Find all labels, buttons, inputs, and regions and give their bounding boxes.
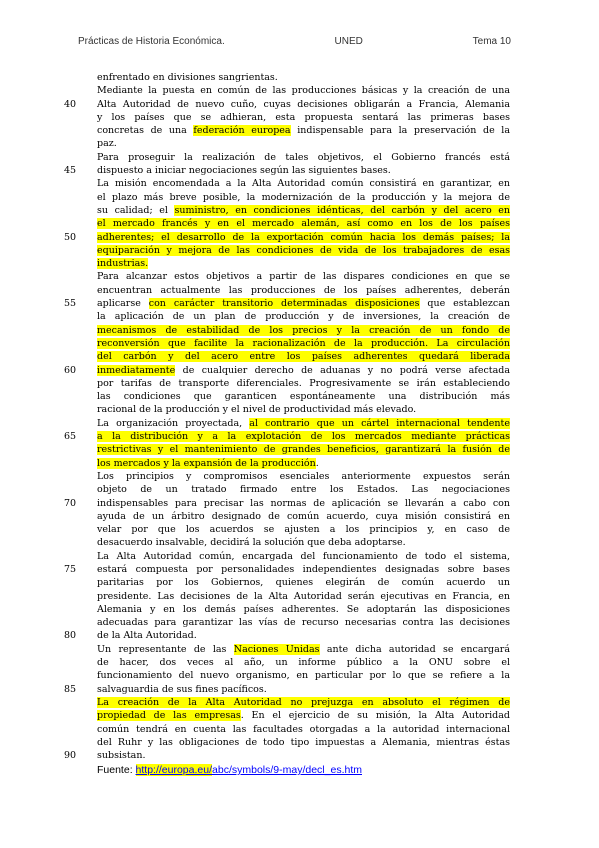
text-line: 90subsistan. [97, 749, 510, 762]
plain-text: paritarias por los Gobiernos, quienes el… [97, 577, 510, 588]
plain-text: desacuerdo insalvable, decidirá la soluc… [97, 537, 406, 548]
text-line: 75estará compuesta por personalidades in… [97, 563, 510, 576]
highlighted-text: http://europa.eu/ [136, 764, 212, 776]
text-line: los mercados y la expansión de la produc… [97, 457, 510, 470]
line-number: 90 [64, 749, 76, 762]
plain-text: indispensable para la preservación de la [291, 125, 510, 136]
text-line: paritarias por los Gobiernos, quienes el… [97, 576, 510, 589]
plain-text: común tendrá en cuenta las facultades ot… [97, 724, 510, 735]
line-number: 75 [64, 563, 76, 576]
line-number: 45 [64, 164, 76, 177]
highlighted-text: La creación de la Alta Autoridad no prej… [97, 697, 510, 708]
highlighted-text: del carbón y del acero entre los países … [97, 351, 510, 362]
plain-text: de cualquier derecho de aduanas y no pod… [175, 365, 510, 376]
text-line: el plazo más breve posible, la moderniza… [97, 191, 510, 204]
text-line: industrias. [97, 257, 510, 270]
text-block: enfrentado en divisiones sangrientas.Med… [97, 71, 510, 762]
text-line: presidente. Las decisiones de la Alta Au… [97, 590, 510, 603]
text-line: Mediante la puesta en común de las produ… [97, 84, 510, 97]
plain-text: Alemania y en los demás países adherente… [97, 604, 510, 615]
plain-text: estará compuesta por personalidades inde… [97, 564, 510, 575]
line-number: 60 [64, 364, 76, 377]
text-line: Los principios y compromisos esenciales … [97, 470, 510, 483]
plain-text: que establezcan [420, 298, 510, 309]
source-link[interactable]: http://europa.eu/abc/symbols/9-may/decl_… [136, 764, 362, 776]
header-center: UNED [335, 36, 363, 47]
text-line: común tendrá en cuenta las facultades ot… [97, 723, 510, 736]
source-label: Fuente: [97, 764, 136, 776]
line-number: 70 [64, 497, 76, 510]
plain-text: encuentran actualmente las producciones … [97, 285, 510, 296]
plain-text: el plazo más breve posible, la moderniza… [97, 192, 510, 203]
plain-text: concretas de una [97, 125, 193, 136]
text-line: 60inmediatamente de cualquier derecho de… [97, 364, 510, 377]
plain-text: de la Alta Autoridad. [97, 630, 197, 641]
text-line: 65a la distribución y a la explotación d… [97, 430, 510, 443]
text-line: su calidad; el suministro, en condicione… [97, 204, 510, 217]
text-line: La Alta Autoridad común, encargada del f… [97, 550, 510, 563]
text-line: Un representante de las Naciones Unidas … [97, 643, 510, 656]
text-line: por tarifas de transporte diferenciales.… [97, 377, 510, 390]
plain-text: del Ruhr y las obligaciones de todo tipo… [97, 737, 510, 748]
plain-text: Alta Autoridad de nuevo cuño, cuyas deci… [97, 99, 510, 110]
plain-text: ayuda de un árbitro designado de común a… [97, 511, 510, 522]
plain-text: La Alta Autoridad común, encargada del f… [97, 551, 510, 562]
plain-text: . [316, 458, 319, 469]
header-right: Tema 10 [473, 36, 511, 47]
plain-text: la aplicación de un plan de producción y… [97, 311, 510, 322]
line-number: 80 [64, 629, 76, 642]
plain-text: presidente. Las decisiones de la Alta Au… [97, 591, 510, 602]
text-line: del Ruhr y las obligaciones de todo tipo… [97, 736, 510, 749]
plain-text: subsistan. [97, 750, 145, 761]
plain-text: las condiciones que garanticen espontáne… [97, 391, 510, 402]
plain-text: Mediante la puesta en común de las produ… [97, 85, 510, 96]
text-line: del carbón y del acero entre los países … [97, 350, 510, 363]
text-line: velar por que los acuerdos se ajusten a … [97, 523, 510, 536]
plain-text: adecuadas para garantizar las vías de re… [97, 617, 510, 628]
plain-text: La misión encomendada a la Alta Autorida… [97, 178, 510, 189]
text-line: 55aplicarse con carácter transitorio det… [97, 297, 510, 310]
line-number: 55 [64, 297, 76, 310]
highlighted-text: el mercado francés y en el mercado alemá… [97, 218, 510, 229]
document-page: Prácticas de Historia Económica. UNED Te… [0, 0, 599, 848]
text-line: el mercado francés y en el mercado alemá… [97, 217, 510, 230]
plain-text: Un representante de las [97, 644, 234, 655]
text-line: las condiciones que garanticen espontáne… [97, 390, 510, 403]
plain-text: racional de la producción y el nivel de … [97, 404, 416, 415]
header-left: Prácticas de Historia Económica. [78, 36, 225, 47]
highlighted-text: inmediatamente [97, 365, 175, 376]
plain-text: Para alcanzar estos objetivos a partir d… [97, 271, 510, 282]
plain-text: La organización proyectada, [97, 418, 249, 429]
text-line: la aplicación de un plan de producción y… [97, 310, 510, 323]
highlighted-text: federación europea [193, 125, 290, 136]
highlighted-text: mecanismos de estabilidad de los precios… [97, 325, 510, 336]
highlighted-text: equiparación y mejora de las condiciones… [97, 245, 510, 256]
text-line: enfrentado en divisiones sangrientas. [97, 71, 510, 84]
plain-text: ante dicha autoridad se encargará [320, 644, 510, 655]
text-line: objeto de un tratado firmado entre los E… [97, 483, 510, 496]
plain-text: objeto de un tratado firmado entre los E… [97, 484, 510, 495]
plain-text: aplicarse [97, 298, 149, 309]
highlighted-text: con carácter transitorio determinadas di… [149, 298, 420, 309]
plain-text: paz. [97, 138, 117, 149]
highlighted-text: reconversión que facilite la racionaliza… [97, 338, 510, 349]
text-line: propiedad de las empresas. En el ejercic… [97, 709, 510, 722]
highlighted-text: restrictivas y el mantenimiento de grand… [97, 444, 510, 455]
plain-text: Para proseguir la realización de tales o… [97, 152, 510, 163]
text-line: 50adherentes; el desarrollo de la export… [97, 231, 510, 244]
plain-text: de hacer, dos veces al año, un informe p… [97, 657, 510, 668]
text-line: Alemania y en los demás países adherente… [97, 603, 510, 616]
plain-text: indispensables para precisar las normas … [97, 498, 510, 509]
highlighted-text: los mercados y la expansión de la produc… [97, 458, 316, 469]
text-line: racional de la producción y el nivel de … [97, 403, 510, 416]
text-line: 40Alta Autoridad de nuevo cuño, cuyas de… [97, 98, 510, 111]
text-line: concretas de una federación europea indi… [97, 124, 510, 137]
highlighted-text: a la distribución y a la explotación de … [97, 431, 510, 442]
plain-text: Los principios y compromisos esenciales … [97, 471, 510, 482]
text-line: 70indispensables para precisar las norma… [97, 497, 510, 510]
plain-text: . En el ejercicio de su misión, la Alta … [241, 710, 510, 721]
text-line: reconversión que facilite la racionaliza… [97, 337, 510, 350]
text-line: funcionamiento del nuevo organismo, en p… [97, 669, 510, 682]
text-line: desacuerdo insalvable, decidirá la soluc… [97, 536, 510, 549]
plain-text: su calidad; el [97, 205, 174, 216]
text-line: restrictivas y el mantenimiento de grand… [97, 443, 510, 456]
highlighted-text: propiedad de las empresas [97, 710, 241, 721]
text-line: Para alcanzar estos objetivos a partir d… [97, 270, 510, 283]
line-number: 50 [64, 231, 76, 244]
plain-text: funcionamiento del nuevo organismo, en p… [97, 670, 510, 681]
text-line: equiparación y mejora de las condiciones… [97, 244, 510, 257]
line-number: 40 [64, 98, 76, 111]
highlighted-text: al contrario que un cártel internacional… [249, 418, 510, 429]
text-line: La organización proyectada, al contrario… [97, 417, 510, 430]
text-line: La creación de la Alta Autoridad no prej… [97, 696, 510, 709]
text-line: encuentran actualmente las producciones … [97, 284, 510, 297]
plain-text: dispuesto a iniciar negociaciones según … [97, 165, 391, 176]
text-line: 80de la Alta Autoridad. [97, 629, 510, 642]
highlighted-text: industrias. [97, 258, 148, 269]
text-line: mecanismos de estabilidad de los precios… [97, 324, 510, 337]
plain-text: abc/symbols/9-may/decl_es.htm [212, 764, 362, 776]
text-line: adecuadas para garantizar las vías de re… [97, 616, 510, 629]
text-line: 45dispuesto a iniciar negociaciones segú… [97, 164, 510, 177]
page-header: Prácticas de Historia Económica. UNED Te… [78, 36, 511, 47]
plain-text: por tarifas de transporte diferenciales.… [97, 378, 510, 389]
text-line: La misión encomendada a la Alta Autorida… [97, 177, 510, 190]
highlighted-text: adherentes; el desarrollo de la exportac… [97, 232, 510, 243]
highlighted-text: suministro, en condiciones idénticas, de… [174, 205, 510, 216]
line-number: 65 [64, 430, 76, 443]
plain-text: enfrentado en divisiones sangrientas. [97, 72, 278, 83]
text-line: 85salvaguardia de sus fines pacíficos. [97, 683, 510, 696]
text-line: Para proseguir la realización de tales o… [97, 151, 510, 164]
text-line: de hacer, dos veces al año, un informe p… [97, 656, 510, 669]
plain-text: y los países que se adhieran, esta propu… [97, 112, 510, 123]
text-line: paz. [97, 137, 510, 150]
text-line: ayuda de un árbitro designado de común a… [97, 510, 510, 523]
highlighted-text: Naciones Unidas [234, 644, 320, 655]
source-footer: Fuente: http://europa.eu/abc/symbols/9-m… [97, 764, 362, 776]
text-line: y los países que se adhieran, esta propu… [97, 111, 510, 124]
line-number: 85 [64, 683, 76, 696]
plain-text: salvaguardia de sus fines pacíficos. [97, 684, 267, 695]
plain-text: velar por que los acuerdos se ajusten a … [97, 524, 510, 535]
